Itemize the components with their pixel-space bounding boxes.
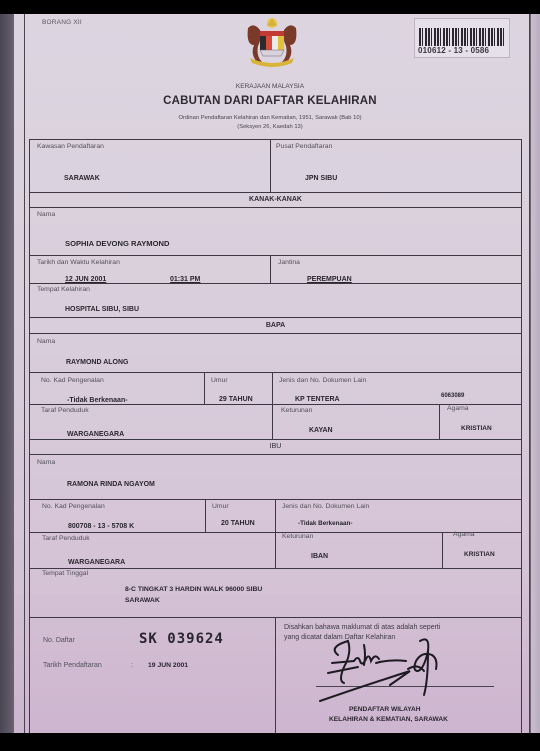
mother-name-value: RAMONA RINDA NGAYOM <box>67 481 155 488</box>
mother-race-label: Keturunan <box>282 533 313 540</box>
mother-ic-value: 800708 - 13 - 5708 K <box>68 523 134 530</box>
child-gender-label: Jantina <box>278 259 300 266</box>
form-code: BORANG XII <box>42 19 82 26</box>
father-name-label: Nama <box>37 338 55 345</box>
mother-status-cell: Taraf Penduduk WARGANEGARA <box>29 533 276 569</box>
father-religion-cell: Agama KRISTIAN <box>440 405 522 440</box>
mother-age-value: 20 TAHUN <box>221 520 255 527</box>
mother-religion-cell: Agama KRISTIAN <box>443 533 522 569</box>
malaysia-coat-of-arms-icon <box>240 14 304 70</box>
father-status-label: Taraf Penduduk <box>41 407 89 414</box>
father-age-label: Umur <box>211 377 228 384</box>
child-dob-label: Tarikh dan Waktu Kelahiran <box>37 259 120 266</box>
child-section-title: KANAK-KANAK <box>29 196 522 203</box>
barcode-number: 010612 - 13 - 0586 <box>418 46 489 55</box>
mother-name-cell: Nama RAMONA RINDA NGAYOM <box>29 455 522 500</box>
child-name-value: SOPHIA DEVONG RAYMOND <box>65 239 170 248</box>
mother-ic-label: No. Kad Pengenalan <box>42 503 105 510</box>
child-dob-cell: Tarikh dan Waktu Kelahiran 12 JUN 2001 0… <box>29 256 271 284</box>
certification-line1: Disahkan bahawa maklumat di atas adalah … <box>284 624 440 631</box>
child-section-header: KANAK-KANAK <box>29 193 522 208</box>
father-document-type: KP TENTERA <box>295 396 340 403</box>
mother-section-header: IBU <box>29 440 522 455</box>
child-name-label: Nama <box>37 211 55 218</box>
registration-area-cell: Kawasan Pendaftaran SARAWAK <box>29 139 271 193</box>
child-dob-date: 12 JUN 2001 <box>65 276 106 283</box>
mother-document-cell: Jenis dan No. Dokumen Lain -Tidak Berken… <box>276 500 522 533</box>
residence-line1: 8-C TINGKAT 3 HARDIN WALK 96000 SIBU <box>125 586 262 593</box>
mother-name-label: Nama <box>37 459 55 466</box>
father-document-number: 6063089 <box>441 393 464 399</box>
mother-ic-cell: No. Kad Pengenalan 800708 - 13 - 5708 K <box>29 500 206 533</box>
registration-centre-label: Pusat Pendaftaran <box>276 143 332 150</box>
registration-area-label: Kawasan Pendaftaran <box>37 143 104 150</box>
child-birthplace-cell: Tempat Kelahiran HOSPITAL SIBU, SIBU <box>29 284 522 318</box>
father-race-cell: Keturunan KAYAN <box>273 405 440 440</box>
father-ic-cell: No. Kad Pengenalan -Tidak Berkenaan- <box>29 373 205 405</box>
registration-centre-cell: Pusat Pendaftaran JPN SIBU <box>271 139 522 193</box>
child-birthplace-value: HOSPITAL SIBU, SIBU <box>65 306 139 313</box>
residence-label: Tempat Tinggal <box>42 570 88 577</box>
father-status-value: WARGANEGARA <box>67 431 124 438</box>
mother-document-label: Jenis dan No. Dokumen Lain <box>282 503 369 510</box>
document-title: CABUTAN DARI DAFTAR KELAHIRAN <box>0 95 540 107</box>
child-birthplace-label: Tempat Kelahiran <box>37 286 90 293</box>
mother-religion-value: KRISTIAN <box>464 551 495 558</box>
father-religion-value: KRISTIAN <box>461 425 492 432</box>
father-name-cell: Nama RAYMOND ALONG <box>29 334 522 373</box>
mother-status-label: Taraf Penduduk <box>42 535 90 542</box>
father-ic-label: No. Kad Pengenalan <box>41 377 104 384</box>
father-section-title: BAPA <box>29 322 522 329</box>
mother-race-value: IBAN <box>311 553 328 560</box>
mother-age-cell: Umur 20 TAHUN <box>206 500 276 533</box>
registration-centre-value: JPN SIBU <box>305 175 337 182</box>
child-dob-time: 01:31 PM <box>170 276 200 283</box>
father-section-header: BAPA <box>29 318 522 334</box>
registration-date-value: 19 JUN 2001 <box>148 662 188 669</box>
paper-edge <box>530 14 540 734</box>
registration-number-cell: No. Daftar SK 039624 Tarikh Pendaftaran … <box>29 618 276 734</box>
mother-document-value: -Tidak Berkenaan- <box>298 520 352 527</box>
scan-background-bottom <box>0 733 540 751</box>
mother-age-label: Umur <box>212 503 229 510</box>
father-age-cell: Umur 29 TAHUN <box>205 373 273 405</box>
child-gender-value: PEREMPUAN <box>307 276 352 283</box>
registration-number-value: SK 039624 <box>139 631 224 647</box>
residence-line2: SARAWAK <box>125 597 160 604</box>
father-religion-label: Agama <box>447 405 469 412</box>
mother-race-cell: Keturunan IBAN <box>276 533 443 569</box>
residence-cell: Tempat Tinggal 8-C TINGKAT 3 HARDIN WALK… <box>29 569 522 618</box>
registration-date-label: Tarikh Pendaftaran <box>43 662 102 669</box>
father-document-label: Jenis dan No. Dokumen Lain <box>279 377 366 384</box>
mother-status-value: WARGANEGARA <box>68 559 125 566</box>
father-age-value: 29 TAHUN <box>219 396 253 403</box>
child-name-cell: Nama SOPHIA DEVONG RAYMOND <box>29 208 522 256</box>
father-status-cell: Taraf Penduduk WARGANEGARA <box>29 405 273 440</box>
registration-area-value: SARAWAK <box>64 175 100 182</box>
father-race-value: KAYAN <box>309 427 333 434</box>
mother-religion-label: Agama <box>453 531 475 538</box>
signature-icon <box>310 633 470 708</box>
registration-date-separator: : <box>131 662 133 669</box>
father-ic-value: -Tidak Berkenaan- <box>67 397 128 404</box>
father-name-value: RAYMOND ALONG <box>66 359 128 366</box>
father-race-label: Keturunan <box>281 407 312 414</box>
ordinance-reference: Ordinan Pendaftaran Kelahiran dan Kemati… <box>0 115 540 121</box>
section-reference: (Seksyen 26, Kaedah 13) <box>0 124 540 130</box>
barcode-icon <box>419 28 505 46</box>
mother-section-title: IBU <box>29 443 522 450</box>
barcode-label: 010612 - 13 - 0586 <box>414 18 510 58</box>
child-gender-cell: Jantina PEREMPUAN <box>271 256 522 284</box>
government-name: KERAJAAN MALAYSIA <box>0 83 540 90</box>
registrar-title-line2: KELAHIRAN & KEMATIAN, SARAWAK <box>329 716 448 723</box>
father-document-cell: Jenis dan No. Dokumen Lain KP TENTERA 60… <box>273 373 522 405</box>
registration-number-label: No. Daftar <box>43 637 75 644</box>
